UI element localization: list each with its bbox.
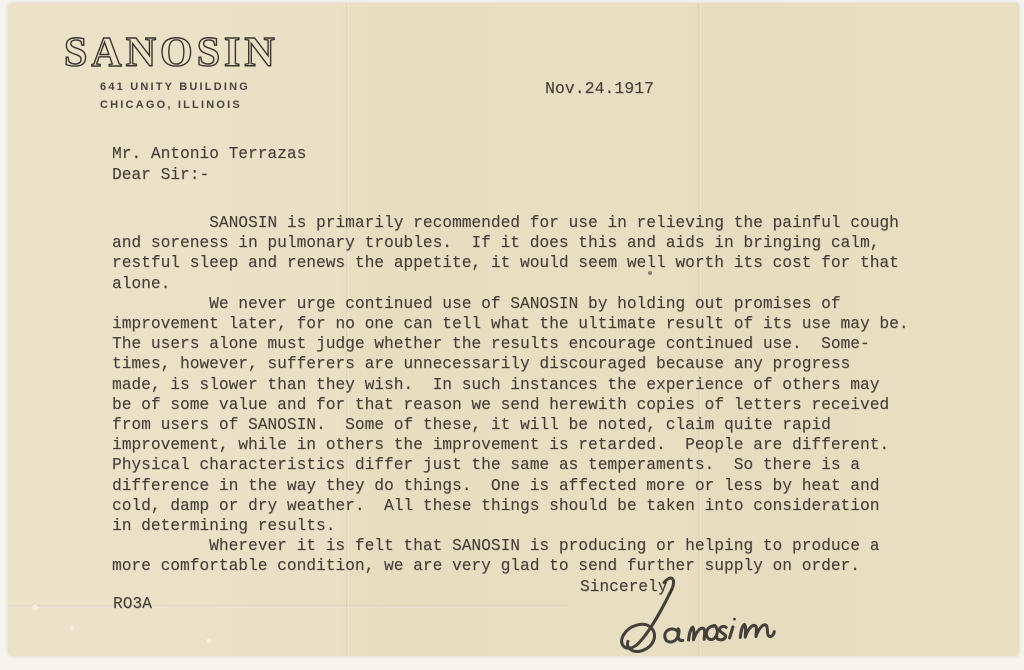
body-line: more comfortable condition, we are very … — [112, 556, 909, 576]
body-line: be of some value and for that reason we … — [112, 395, 909, 415]
body-line: restful sleep and renews the appetite, i… — [112, 253, 909, 273]
letterhead-address-line1: 641 UNITY BUILDING — [100, 78, 250, 96]
body-line: improvement later, for no one can tell w… — [112, 314, 909, 334]
letterhead-address: 641 UNITY BUILDING CHICAGO, ILLINOIS — [100, 78, 250, 114]
letter-paper: SANOSIN 641 UNITY BUILDING CHICAGO, ILLI… — [8, 3, 1019, 656]
body-line: difference in the way they do things. On… — [112, 476, 909, 496]
body-line: from users of SANOSIN. Some of these, it… — [112, 415, 909, 435]
body-line: Wherever it is felt that SANOSIN is prod… — [112, 536, 909, 556]
body-line: in determining results. — [112, 516, 909, 536]
body-line: The users alone must judge whether the r… — [112, 334, 909, 354]
body-line: cold, damp or dry weather. All these thi… — [112, 496, 909, 516]
body-line: Physical characteristics differ just the… — [112, 455, 909, 475]
signature-script-icon — [609, 566, 791, 663]
body-line: SANOSIN is primarily recommended for use… — [112, 213, 909, 233]
body-line: alone. — [112, 274, 909, 294]
letter-date: Nov.24.1917 — [545, 79, 654, 98]
letter-body: SANOSIN is primarily recommended for use… — [112, 213, 909, 577]
reference-code: RO3A — [113, 595, 152, 613]
body-line: made, is slower than they wish. In such … — [112, 375, 909, 395]
paper-speck — [32, 605, 38, 610]
body-line: times, however, sufferers are unnecessar… — [112, 354, 909, 374]
salutation-line: Dear Sir:- — [112, 166, 209, 184]
paper-speck — [70, 626, 74, 630]
body-line: We never urge continued use of SANOSIN b… — [112, 294, 909, 314]
handwritten-signature — [609, 566, 791, 663]
body-line: improvement, while in others the improve… — [112, 435, 909, 455]
recipient-line: Mr. Antonio Terrazas — [112, 145, 306, 163]
paper-speck — [206, 639, 211, 643]
letterhead-address-line2: CHICAGO, ILLINOIS — [100, 96, 250, 114]
letterhead-brand: SANOSIN — [64, 29, 279, 77]
horizontal-fold-crease — [8, 605, 568, 608]
scanned-letter-page: { "colors": { "paper": "#e8dec2", "ink":… — [0, 0, 1024, 670]
body-line: and soreness in pulmonary troubles. If i… — [112, 233, 909, 253]
